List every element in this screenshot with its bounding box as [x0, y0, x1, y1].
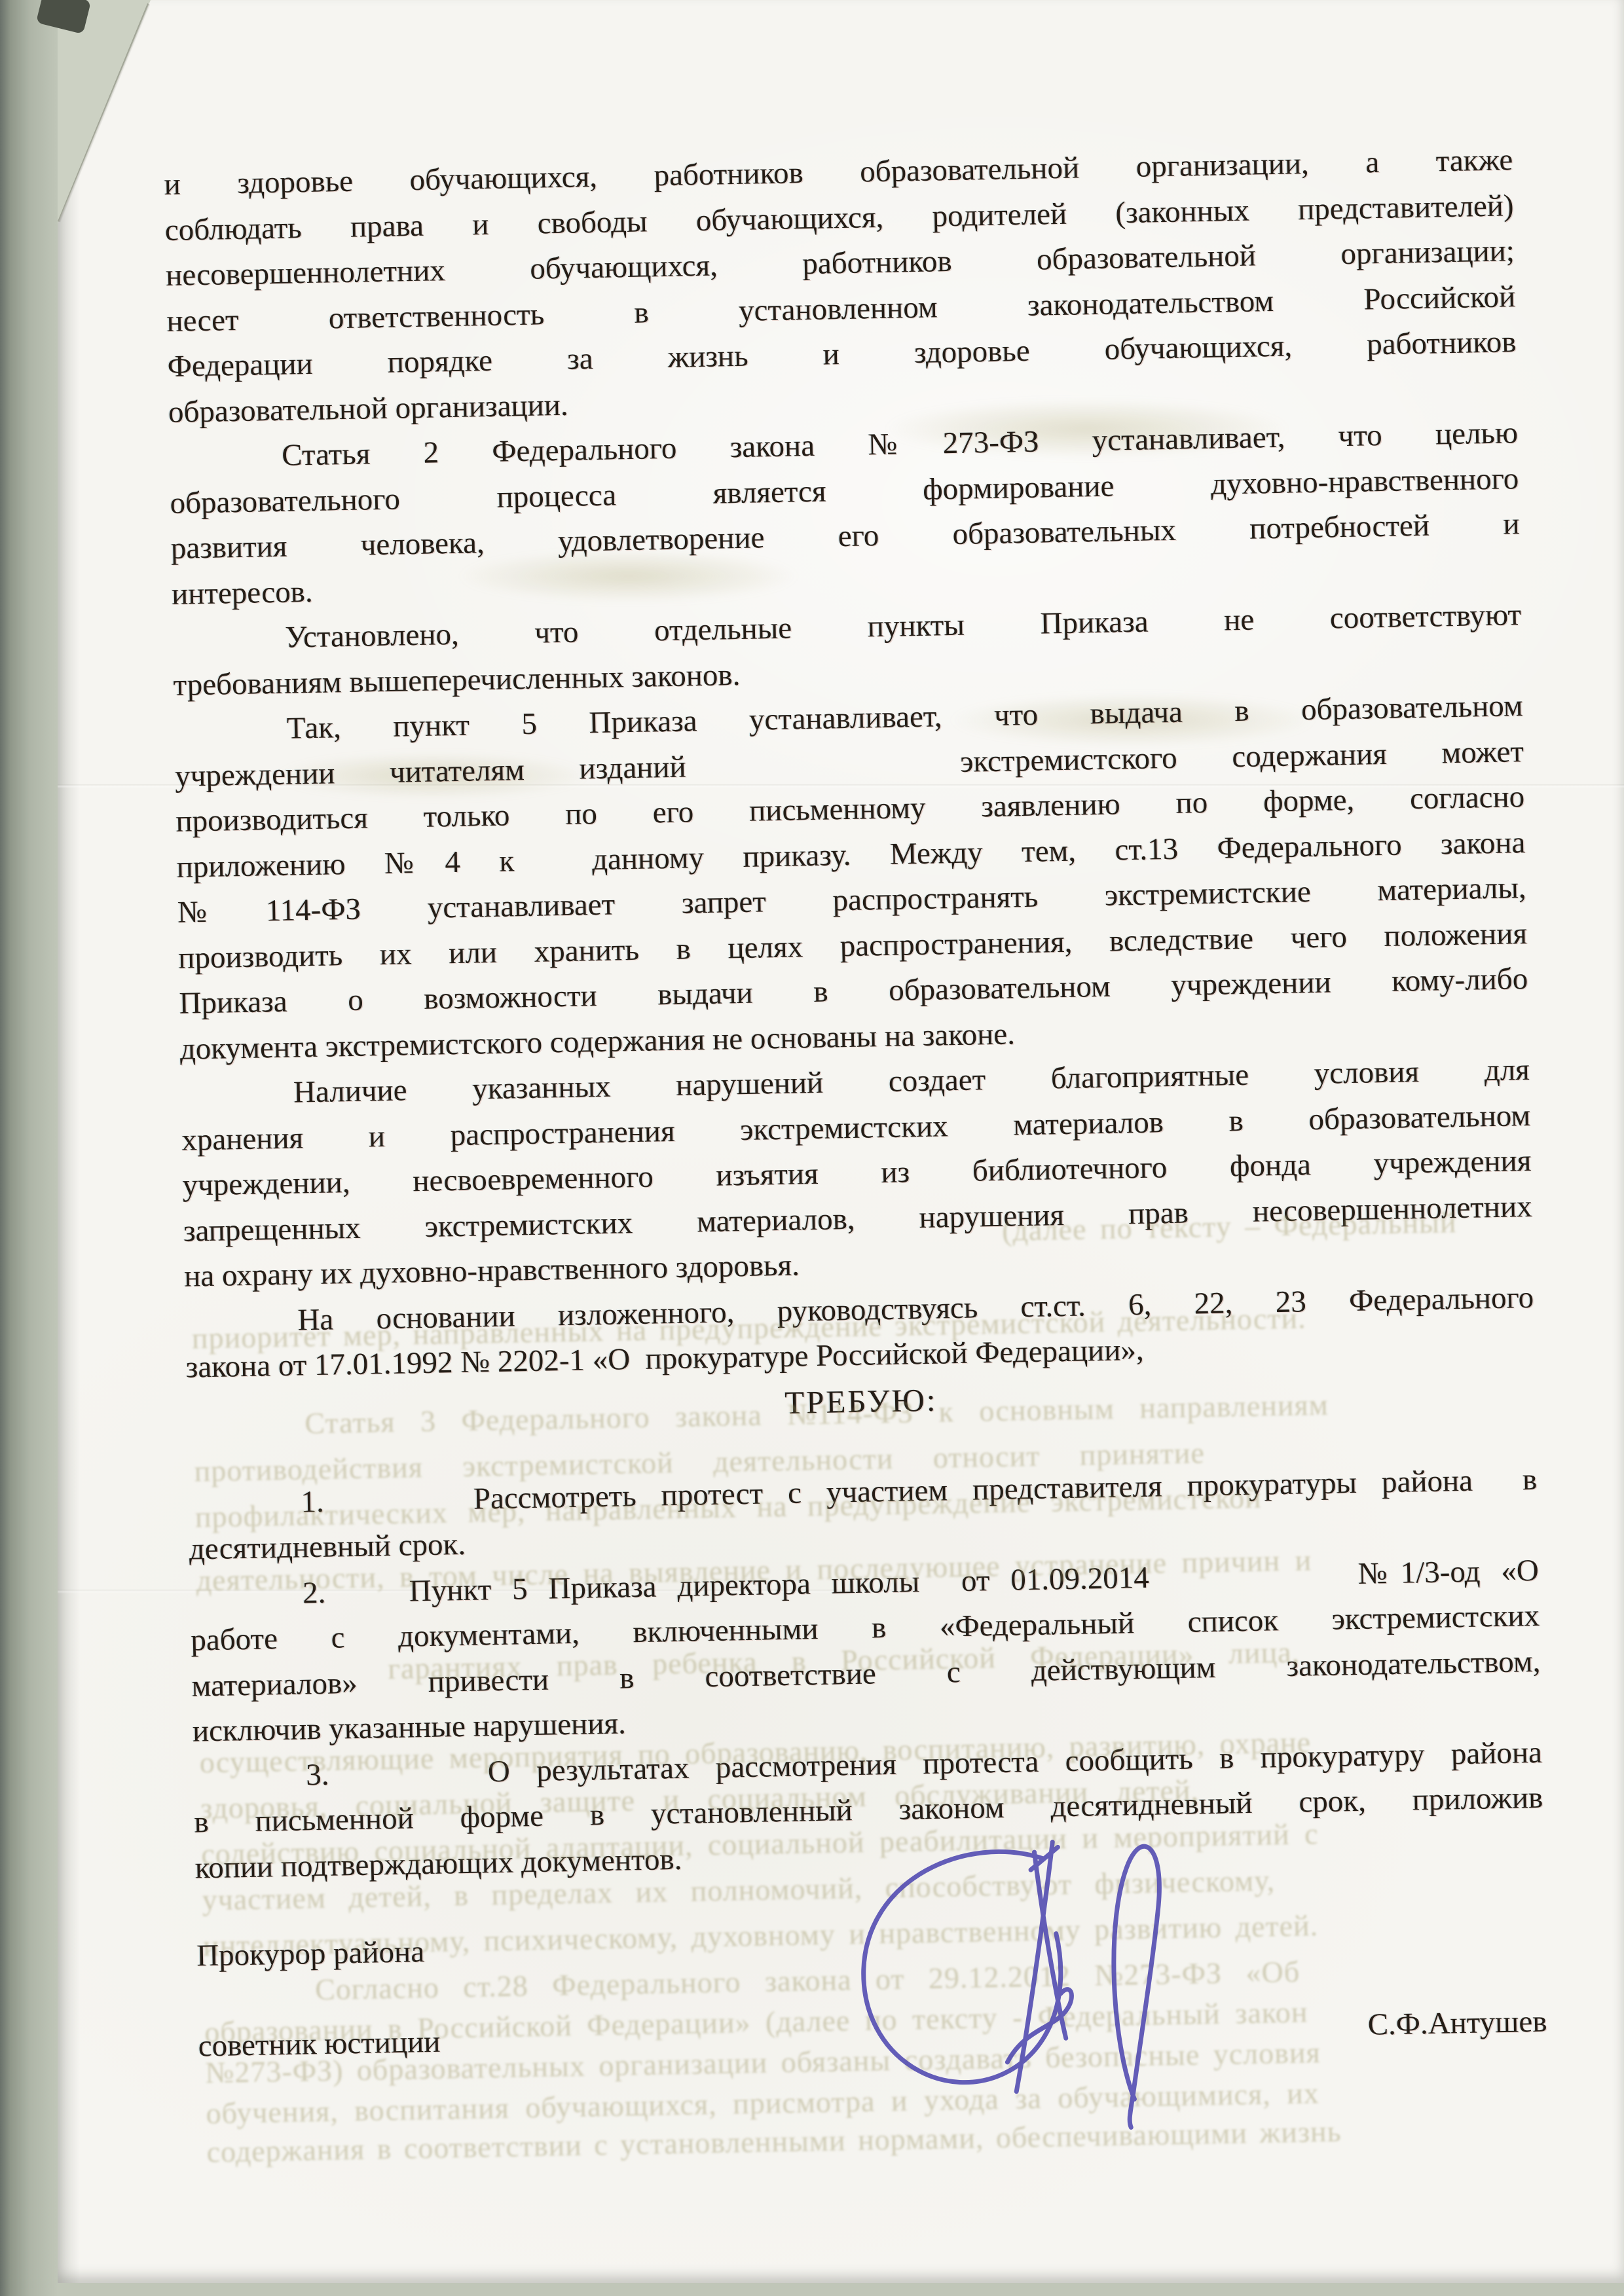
document-text: и здоровье обучающихся, работников образ… [164, 137, 1544, 1891]
paper-left-edge-shadow [58, 0, 80, 2283]
signatory-name: С.Ф.Антушев [1367, 2002, 1547, 2045]
signatory-post-line1: Прокурор района [196, 1932, 425, 1975]
scan-edge-dark-mark [36, 0, 91, 34]
scanned-document-page: { "page": {"width": 2480, "height": 3507… [0, 0, 1624, 2296]
document-content: (далее по тексту – Федеральныйприоритет … [164, 137, 1550, 2217]
signatory-post-line2: советник юстиции [198, 2022, 441, 2066]
handwritten-signature [836, 1827, 1196, 2141]
